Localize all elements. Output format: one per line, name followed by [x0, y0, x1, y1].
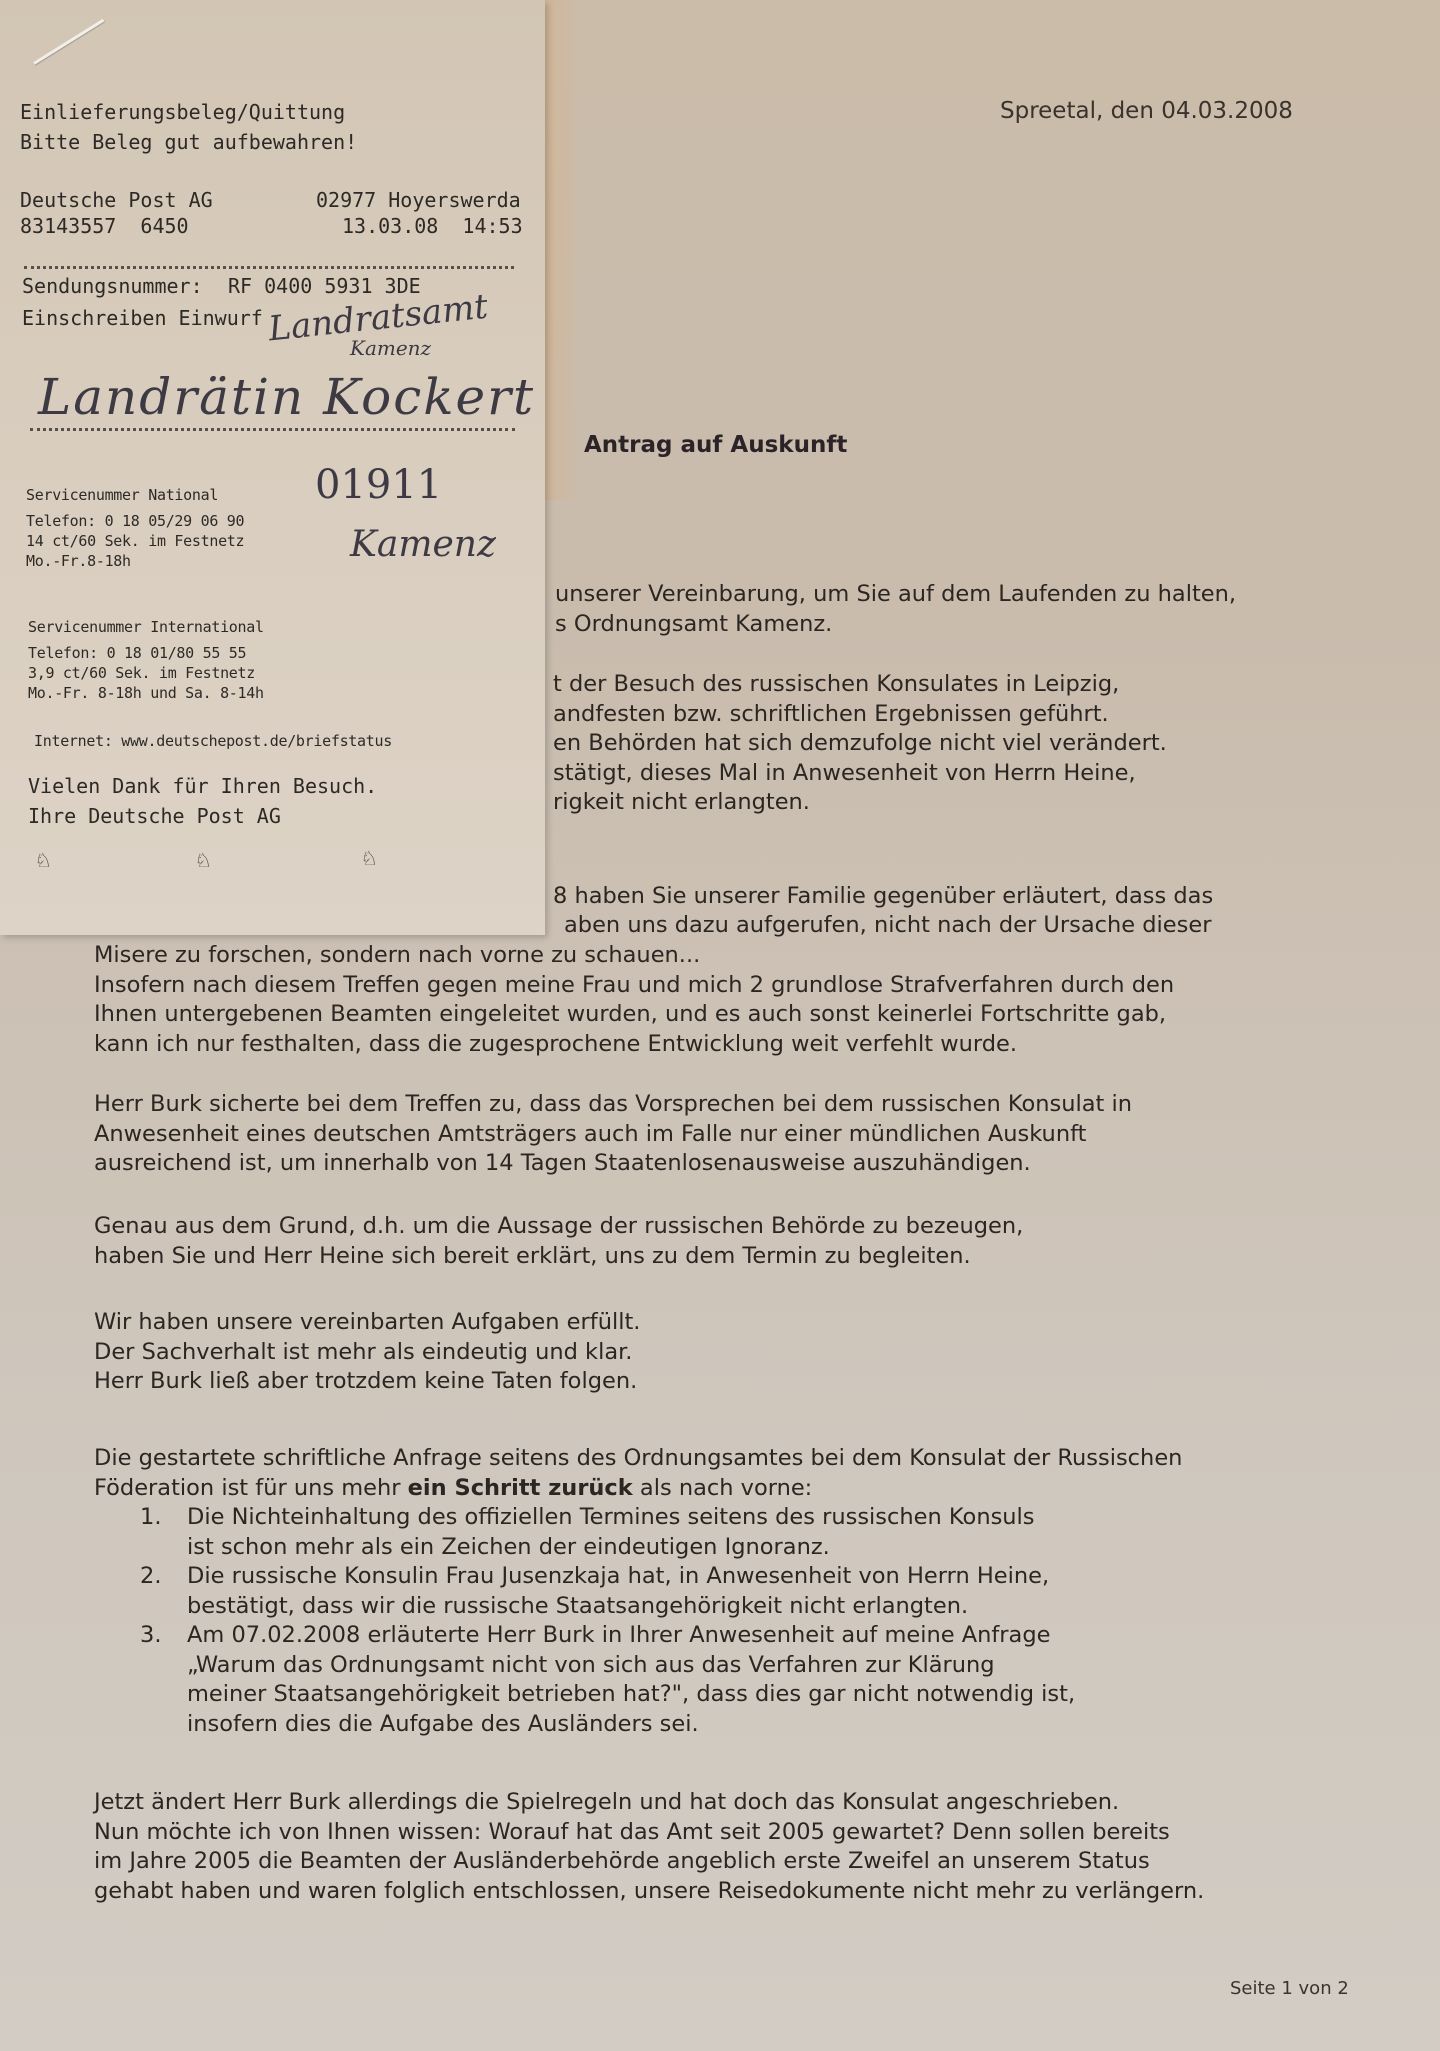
receipt-title: Einlieferungsbeleg/Quittung: [20, 100, 345, 124]
pin-icon: [33, 19, 104, 65]
international-rate: 3,9 ct/60 Sek. im Festnetz: [28, 664, 255, 683]
divider: [30, 428, 515, 431]
international-hours: Mo.-Fr. 8-18h und Sa. 8-14h: [28, 684, 264, 703]
posthorn-icon: ♘: [36, 845, 50, 873]
receipt-datetime: 13.03.08 14:53: [342, 214, 523, 238]
paragraph-5: Genau aus dem Grund, d.h. um die Aussage…: [94, 1212, 1023, 1271]
posthorn-icon: ♘: [362, 843, 376, 871]
national-rate: 14 ct/60 Sek. im Festnetz: [26, 532, 244, 551]
paragraph-3: Misere zu forschen, sondern nach vorne z…: [94, 941, 1174, 1059]
tracking-label: Sendungsnummer:: [22, 274, 203, 298]
national-service-block: Servicenummer National: [26, 486, 218, 505]
paper-stain: [540, 0, 580, 500]
list-item: 2. Die russische Konsulin Frau Jusenzkaj…: [140, 1562, 1075, 1621]
paragraph-4: Herr Burk sicherte bei dem Treffen zu, d…: [94, 1090, 1132, 1179]
signoff-text: Ihre Deutsche Post AG: [28, 804, 281, 828]
emphasis-text: ein Schritt zurück: [408, 1475, 633, 1501]
paragraph-1: unserer Vereinbarung, um Sie auf dem Lau…: [555, 580, 1236, 639]
paragraph-7-line-2: Föderation ist für uns mehr ein Schritt …: [94, 1474, 1182, 1504]
letter-subject: Antrag auf Auskunft: [584, 432, 847, 458]
page-number: Seite 1 von 2: [1230, 1978, 1349, 1999]
handwritten-name: Landrätin Kockert: [38, 368, 535, 426]
numbered-list: 1. Die Nichteinhaltung des offiziellen T…: [140, 1503, 1075, 1739]
receipt-company: Deutsche Post AG: [20, 188, 213, 212]
national-phone: Telefon: 0 18 05/29 06 90: [26, 512, 244, 531]
receipt-ids: 83143557 6450: [20, 214, 189, 238]
handwritten-recipient-city: Kamenz: [350, 336, 431, 360]
handwritten-postcode: 01911: [315, 462, 442, 508]
list-item: 3. Am 07.02.2008 erläuterte Herr Burk in…: [140, 1621, 1075, 1739]
date-line: Spreetal, den 04.03.2008: [1000, 98, 1293, 124]
receipt-subtitle: Bitte Beleg gut aufbewahren!: [20, 130, 357, 154]
international-phone: Telefon: 0 18 01/80 55 55: [28, 644, 246, 663]
service-type: Einschreiben Einwurf: [22, 306, 263, 330]
international-heading: Servicenummer International: [28, 618, 264, 637]
receipt-location: 02977 Hoyerswerda: [316, 188, 521, 212]
thanks-text: Vielen Dank für Ihren Besuch.: [28, 774, 377, 798]
postal-receipt: Einlieferungsbeleg/Quittung Bitte Beleg …: [0, 0, 545, 935]
paragraph-7: Die gestartete schriftliche Anfrage seit…: [94, 1444, 1182, 1503]
national-hours: Mo.-Fr.8-18h: [26, 552, 131, 571]
tracking-number: RF 0400 5931 3DE: [228, 274, 421, 298]
list-item: 1. Die Nichteinhaltung des offiziellen T…: [140, 1503, 1075, 1562]
divider: [24, 266, 514, 269]
handwritten-city: Kamenz: [350, 524, 496, 565]
paragraph-6: Wir haben unsere vereinbarten Aufgaben e…: [94, 1308, 640, 1397]
paragraph-3-partial-1: 8 haben Sie unserer Familie gegenüber er…: [553, 882, 1213, 912]
paragraph-8: Jetzt ändert Herr Burk allerdings die Sp…: [94, 1788, 1204, 1906]
paragraph-3-partial-2: aben uns dazu aufgerufen, nicht nach der…: [564, 911, 1211, 941]
internet-link: Internet: www.deutschepost.de/briefstatu…: [34, 732, 392, 751]
posthorn-icon: ♘: [196, 845, 210, 873]
paragraph-2: t der Besuch des russischen Konsulates i…: [553, 670, 1167, 818]
